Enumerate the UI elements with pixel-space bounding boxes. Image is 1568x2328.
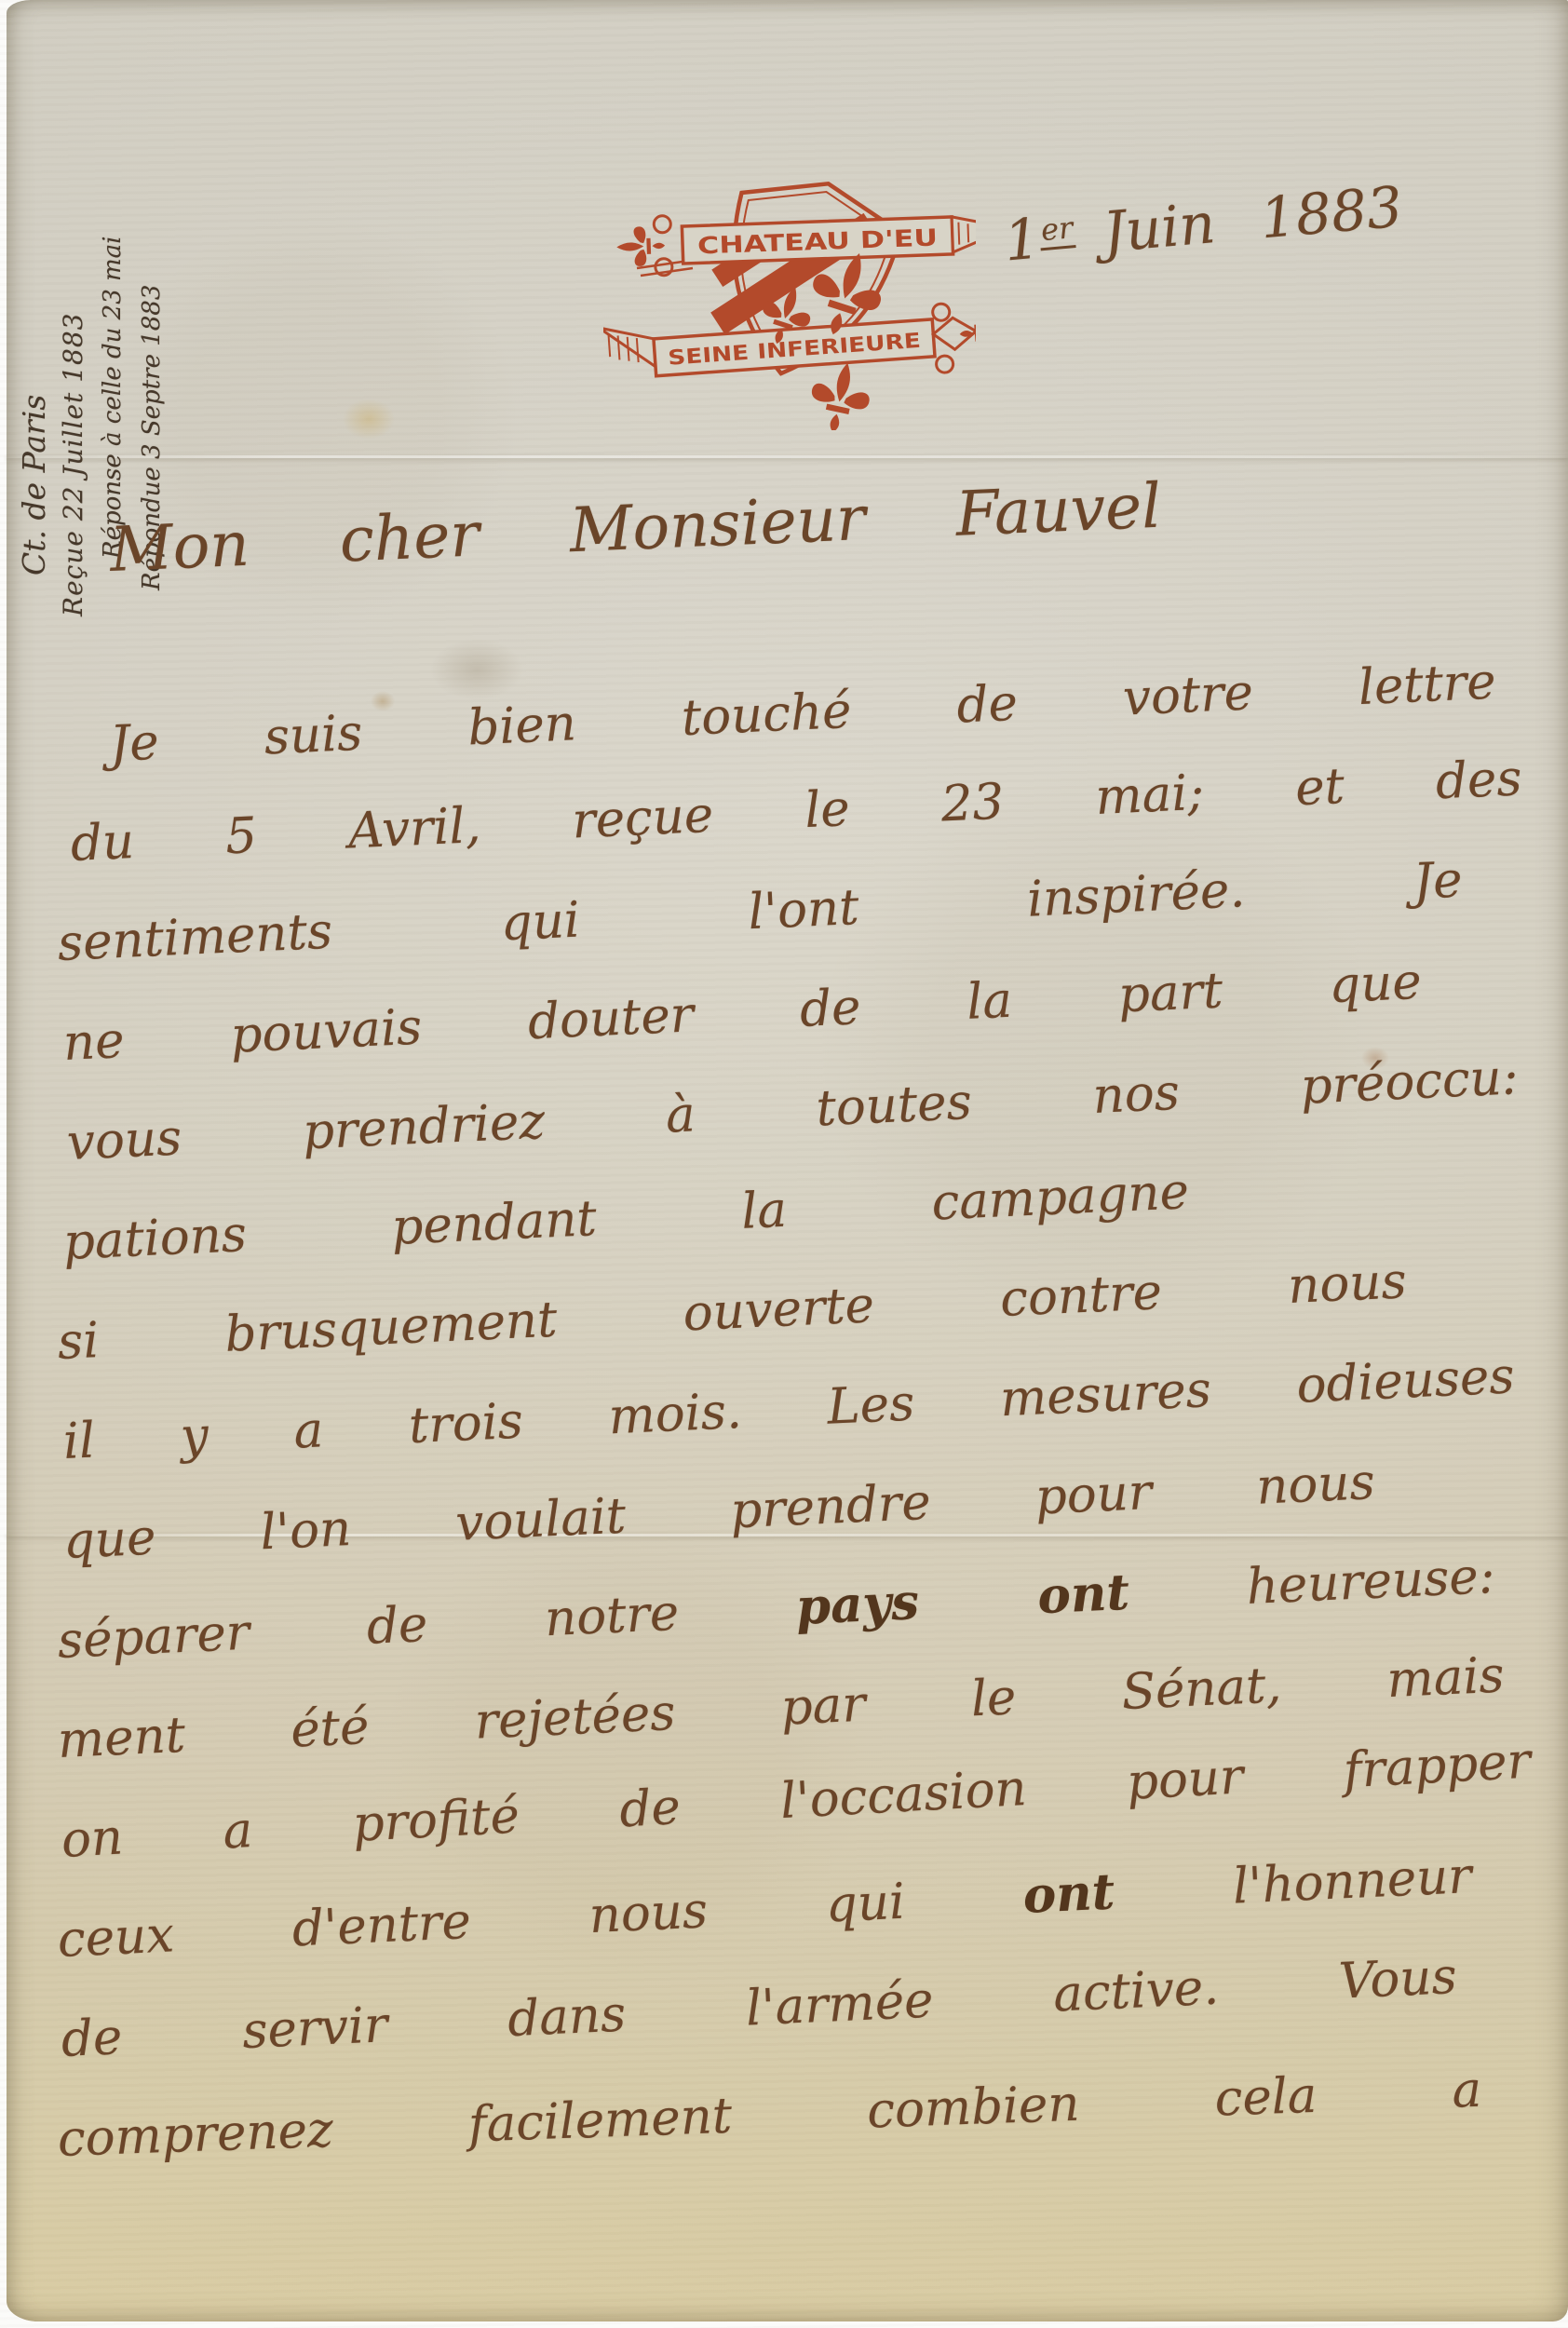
letterhead-crest: CHATEAU D'EU SEINE INFERIEURE: [603, 104, 976, 430]
fleur-de-lis-icon: [804, 357, 876, 430]
letter-body: Je suis bien touché de votre lettre du 5…: [58, 695, 1548, 2189]
banner-curl: [936, 355, 953, 372]
crest-graphic: CHATEAU D'EU SEINE INFERIEURE: [603, 104, 976, 430]
banner-fold: [952, 215, 976, 252]
annotation-line: Ct. de Paris: [15, 22, 54, 618]
banner-curl: [654, 215, 671, 233]
date-day: 1: [1002, 206, 1043, 274]
annotation-line: Reçue 22 Juillet 1883: [54, 22, 93, 618]
letter-page: Ct. de Paris Reçue 22 Juillet 1883 Répon…: [0, 0, 1568, 2328]
banner-fold: [603, 324, 656, 371]
banner-curl: [932, 304, 950, 321]
date-ordinal: er: [1037, 210, 1076, 250]
